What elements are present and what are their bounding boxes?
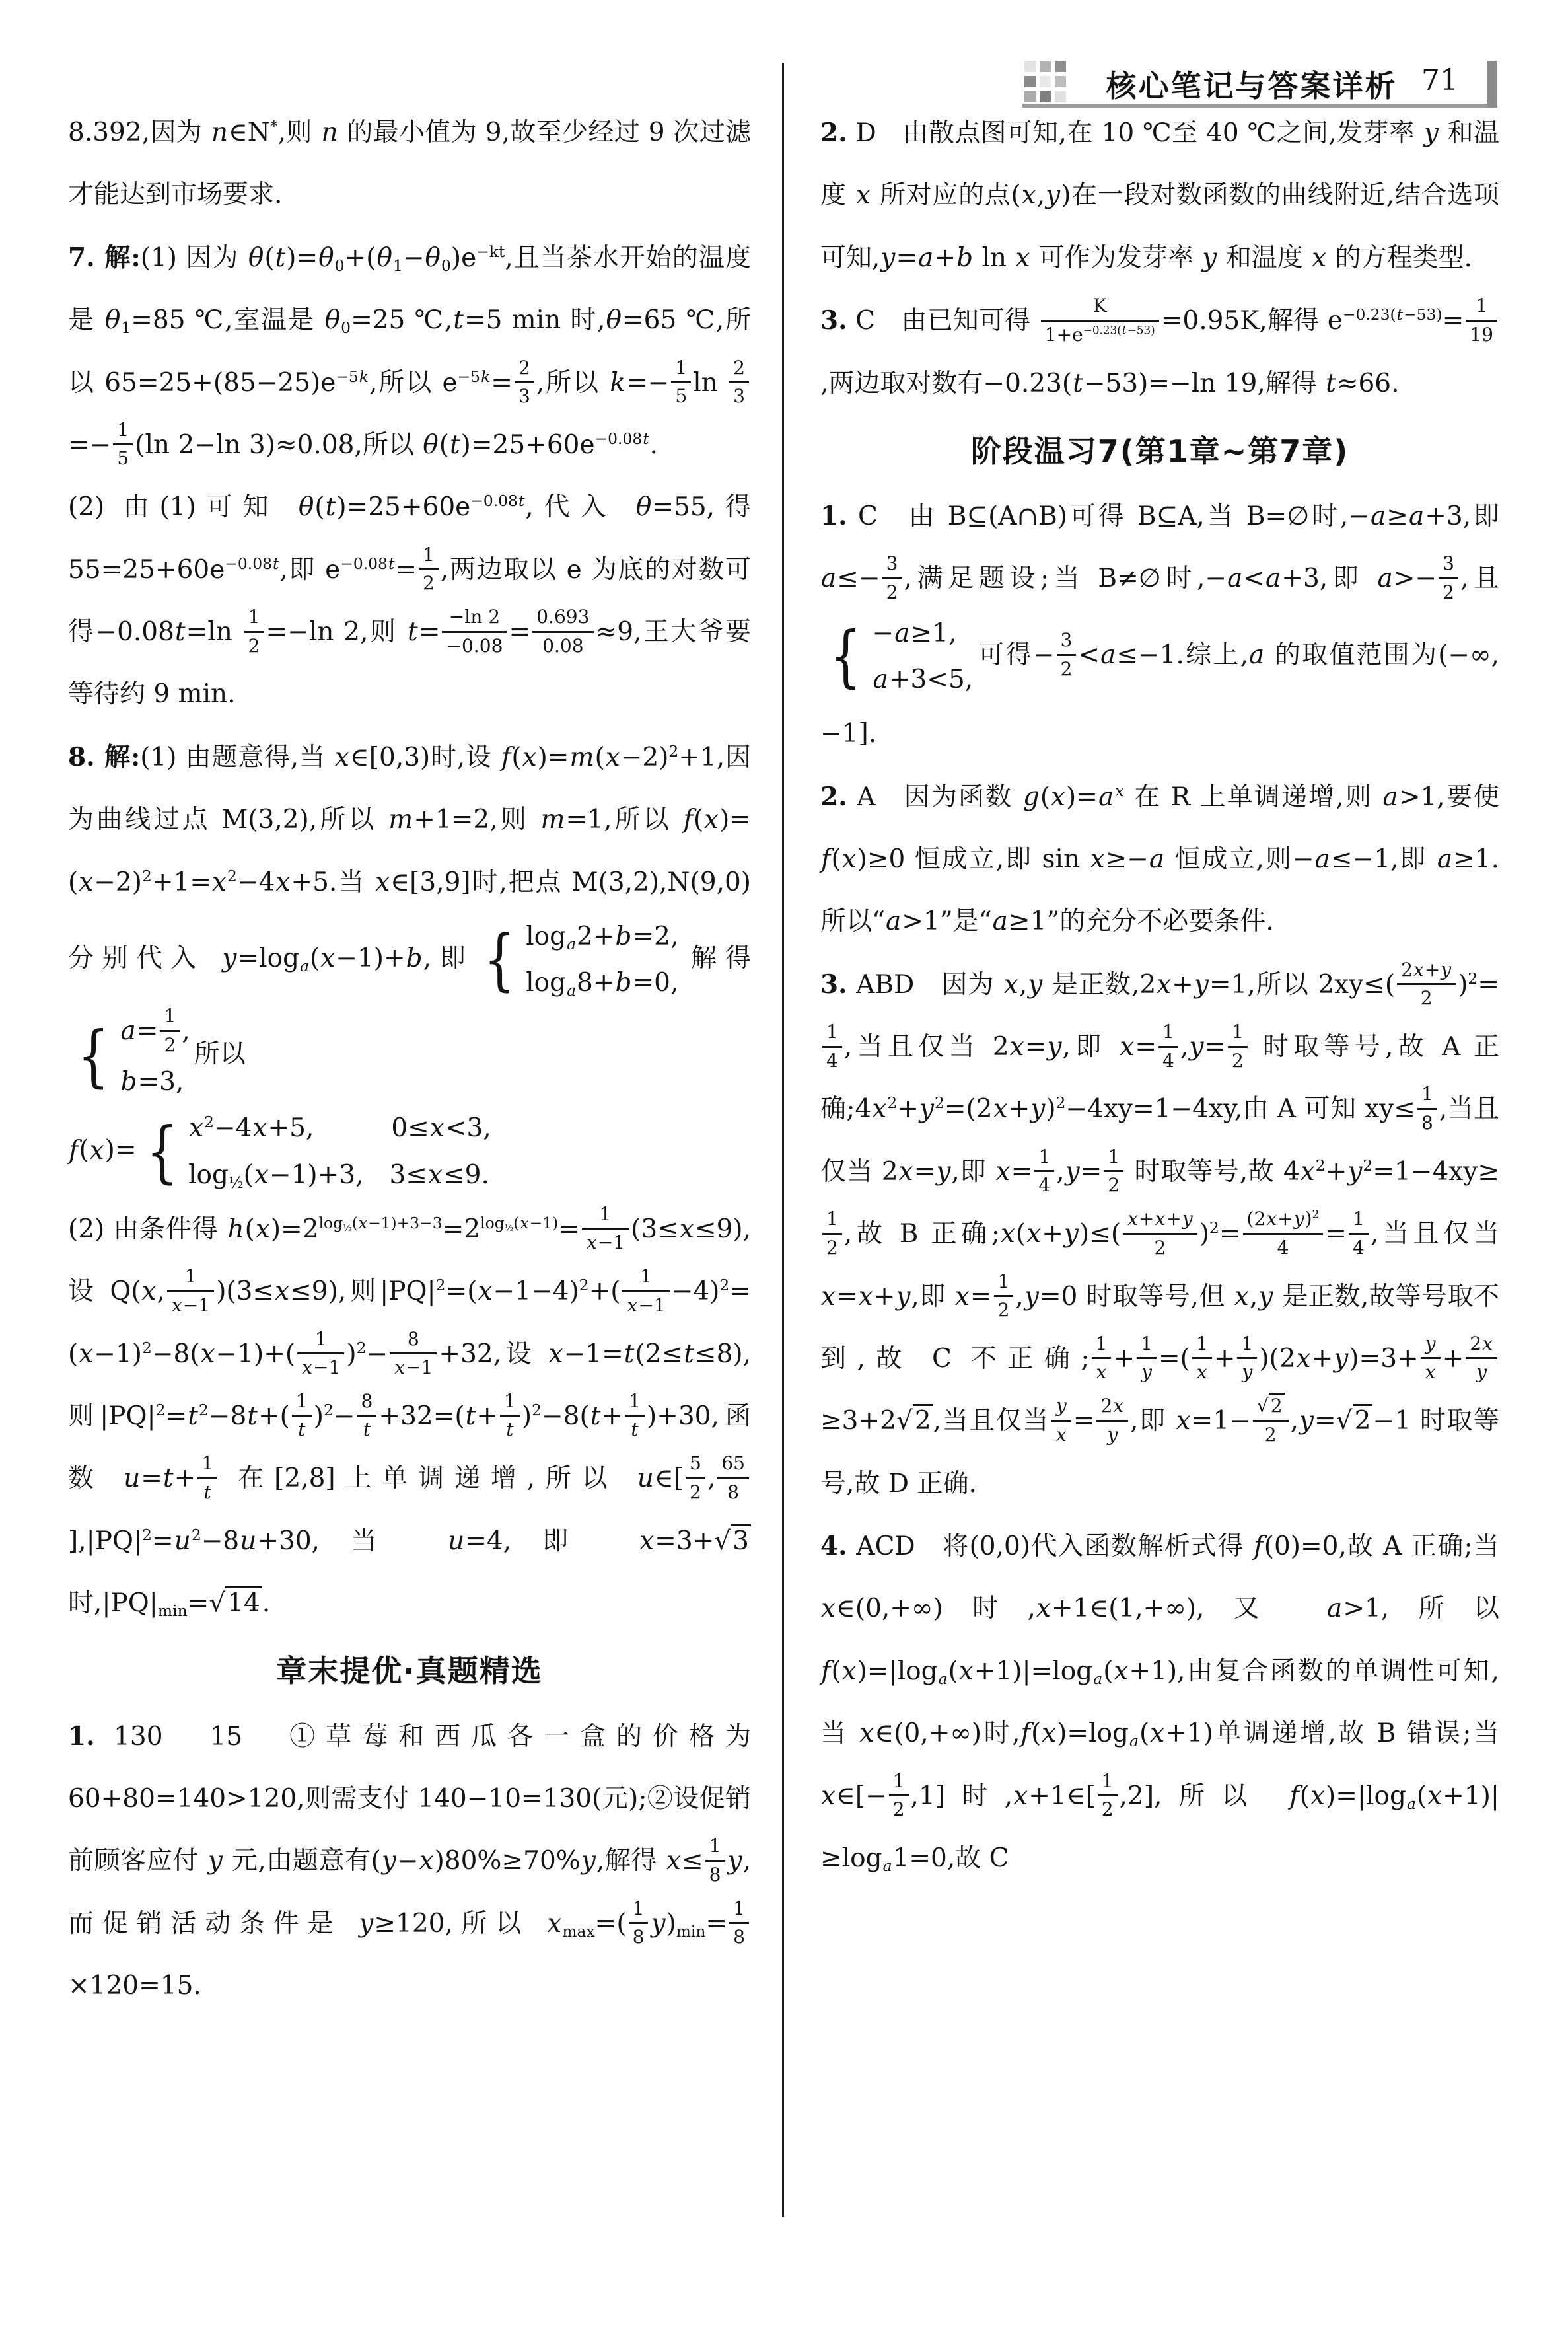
solution-paragraph: (2) 由(1)可知 θ(t)=25+60e−0.08t,代入 θ=55,得 5…	[68, 476, 751, 726]
grid-cell	[1024, 76, 1036, 87]
grid-cell	[1055, 76, 1066, 87]
column-divider	[782, 63, 784, 2217]
header-title: 核心笔记与答案详析	[1100, 62, 1404, 106]
solution-paragraph: 8.392,因为 n∈N*,则 n 的最小值为 9,故至少经过 9 次过滤才能达…	[68, 102, 751, 227]
grid-squares-icon	[1024, 61, 1066, 102]
solution-paragraph: 8. 解:(1) 由题意得,当 x∈[0,3)时,设 f(x)=m(x−2)2+…	[68, 726, 751, 1106]
grid-cell	[1040, 61, 1051, 72]
solution-paragraph: 2. D 由散点图可知,在 10 ℃至 40 ℃之间,发芽率 y 和温度 x 所…	[820, 102, 1499, 289]
solution-paragraph: 1. 130 15 ①草莓和西瓜各一盒的价格为 60+80=140>120,则需…	[68, 1705, 751, 2018]
grid-cell	[1024, 61, 1036, 72]
textbook-answer-page: 核心笔记与答案详析 71 8.392,因为 n∈N*,则 n 的最小值为 9,故…	[0, 0, 1568, 2325]
solution-paragraph: 4. ACD 将(0,0)代入函数解析式得 f(0)=0,故 A 正确;当 x∈…	[820, 1515, 1499, 1890]
right-column: 2. D 由散点图可知,在 10 ℃至 40 ℃之间,发芽率 y 和温度 x 所…	[820, 102, 1499, 1890]
solution-paragraph: f(x)={x2−4x+5, 0≤x<3,log½(x−1)+3, 3≤x≤9.	[68, 1105, 751, 1198]
grid-cell	[1055, 91, 1066, 102]
solution-paragraph: 3. ABD 因为 x,y 是正数,2x+y=1,所以 2xy≤(2x+y2)2…	[820, 953, 1499, 1515]
solution-paragraph: 2. A 因为函数 g(x)=ax 在 R 上单调递增,则 a>1,要使 f(x…	[820, 766, 1499, 953]
grid-cell	[1055, 61, 1066, 72]
grid-cell	[1040, 76, 1051, 87]
solution-paragraph: (2) 由条件得 h(x)=2log½(x−1)+3−3=2log½(x−1)=…	[68, 1199, 751, 1635]
section-heading: 阶段温习7(第1章~第7章)	[820, 425, 1499, 477]
solution-paragraph: 7. 解:(1) 因为 θ(t)=θ0+(θ1−θ0)e−kt,且当茶水开始的温…	[68, 227, 751, 477]
grid-cell	[1024, 91, 1036, 102]
solution-paragraph: 1. C 由 B⊆(A∩B)可得 B⊆A,当 B=∅时,−a≥a+3,即 a≤−…	[820, 485, 1499, 766]
solution-paragraph: 3. C 由已知可得 K1+e−0.23(t−53)=0.95K,解得 e−0.…	[820, 289, 1499, 415]
section-heading: 章末提优·真题精选	[68, 1645, 751, 1697]
page-number: 71	[1421, 63, 1458, 97]
left-column: 8.392,因为 n∈N*,则 n 的最小值为 9,故至少经过 9 次过滤才能达…	[68, 102, 751, 2018]
grid-cell	[1040, 91, 1051, 102]
header-side-tab	[1487, 61, 1497, 108]
